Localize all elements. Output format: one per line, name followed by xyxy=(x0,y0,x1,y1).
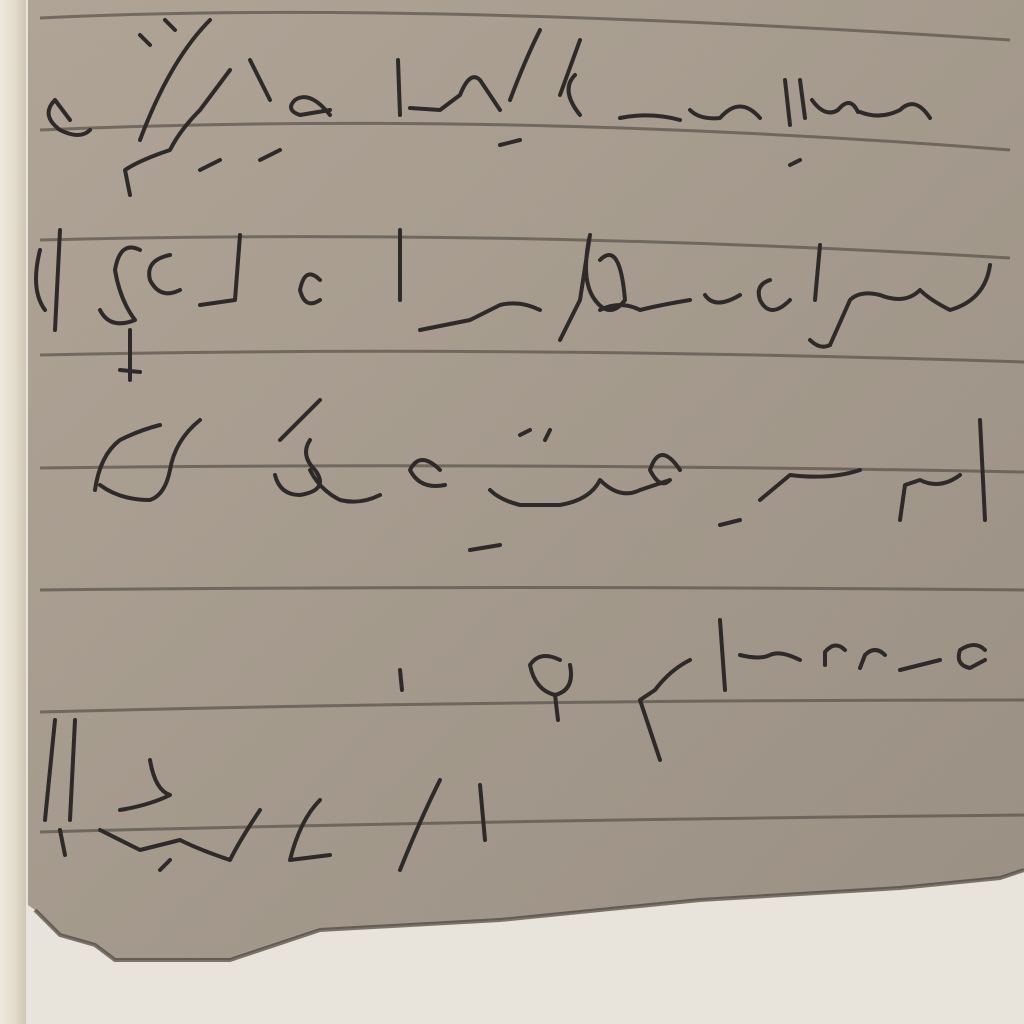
lined-paper xyxy=(0,0,1024,1024)
